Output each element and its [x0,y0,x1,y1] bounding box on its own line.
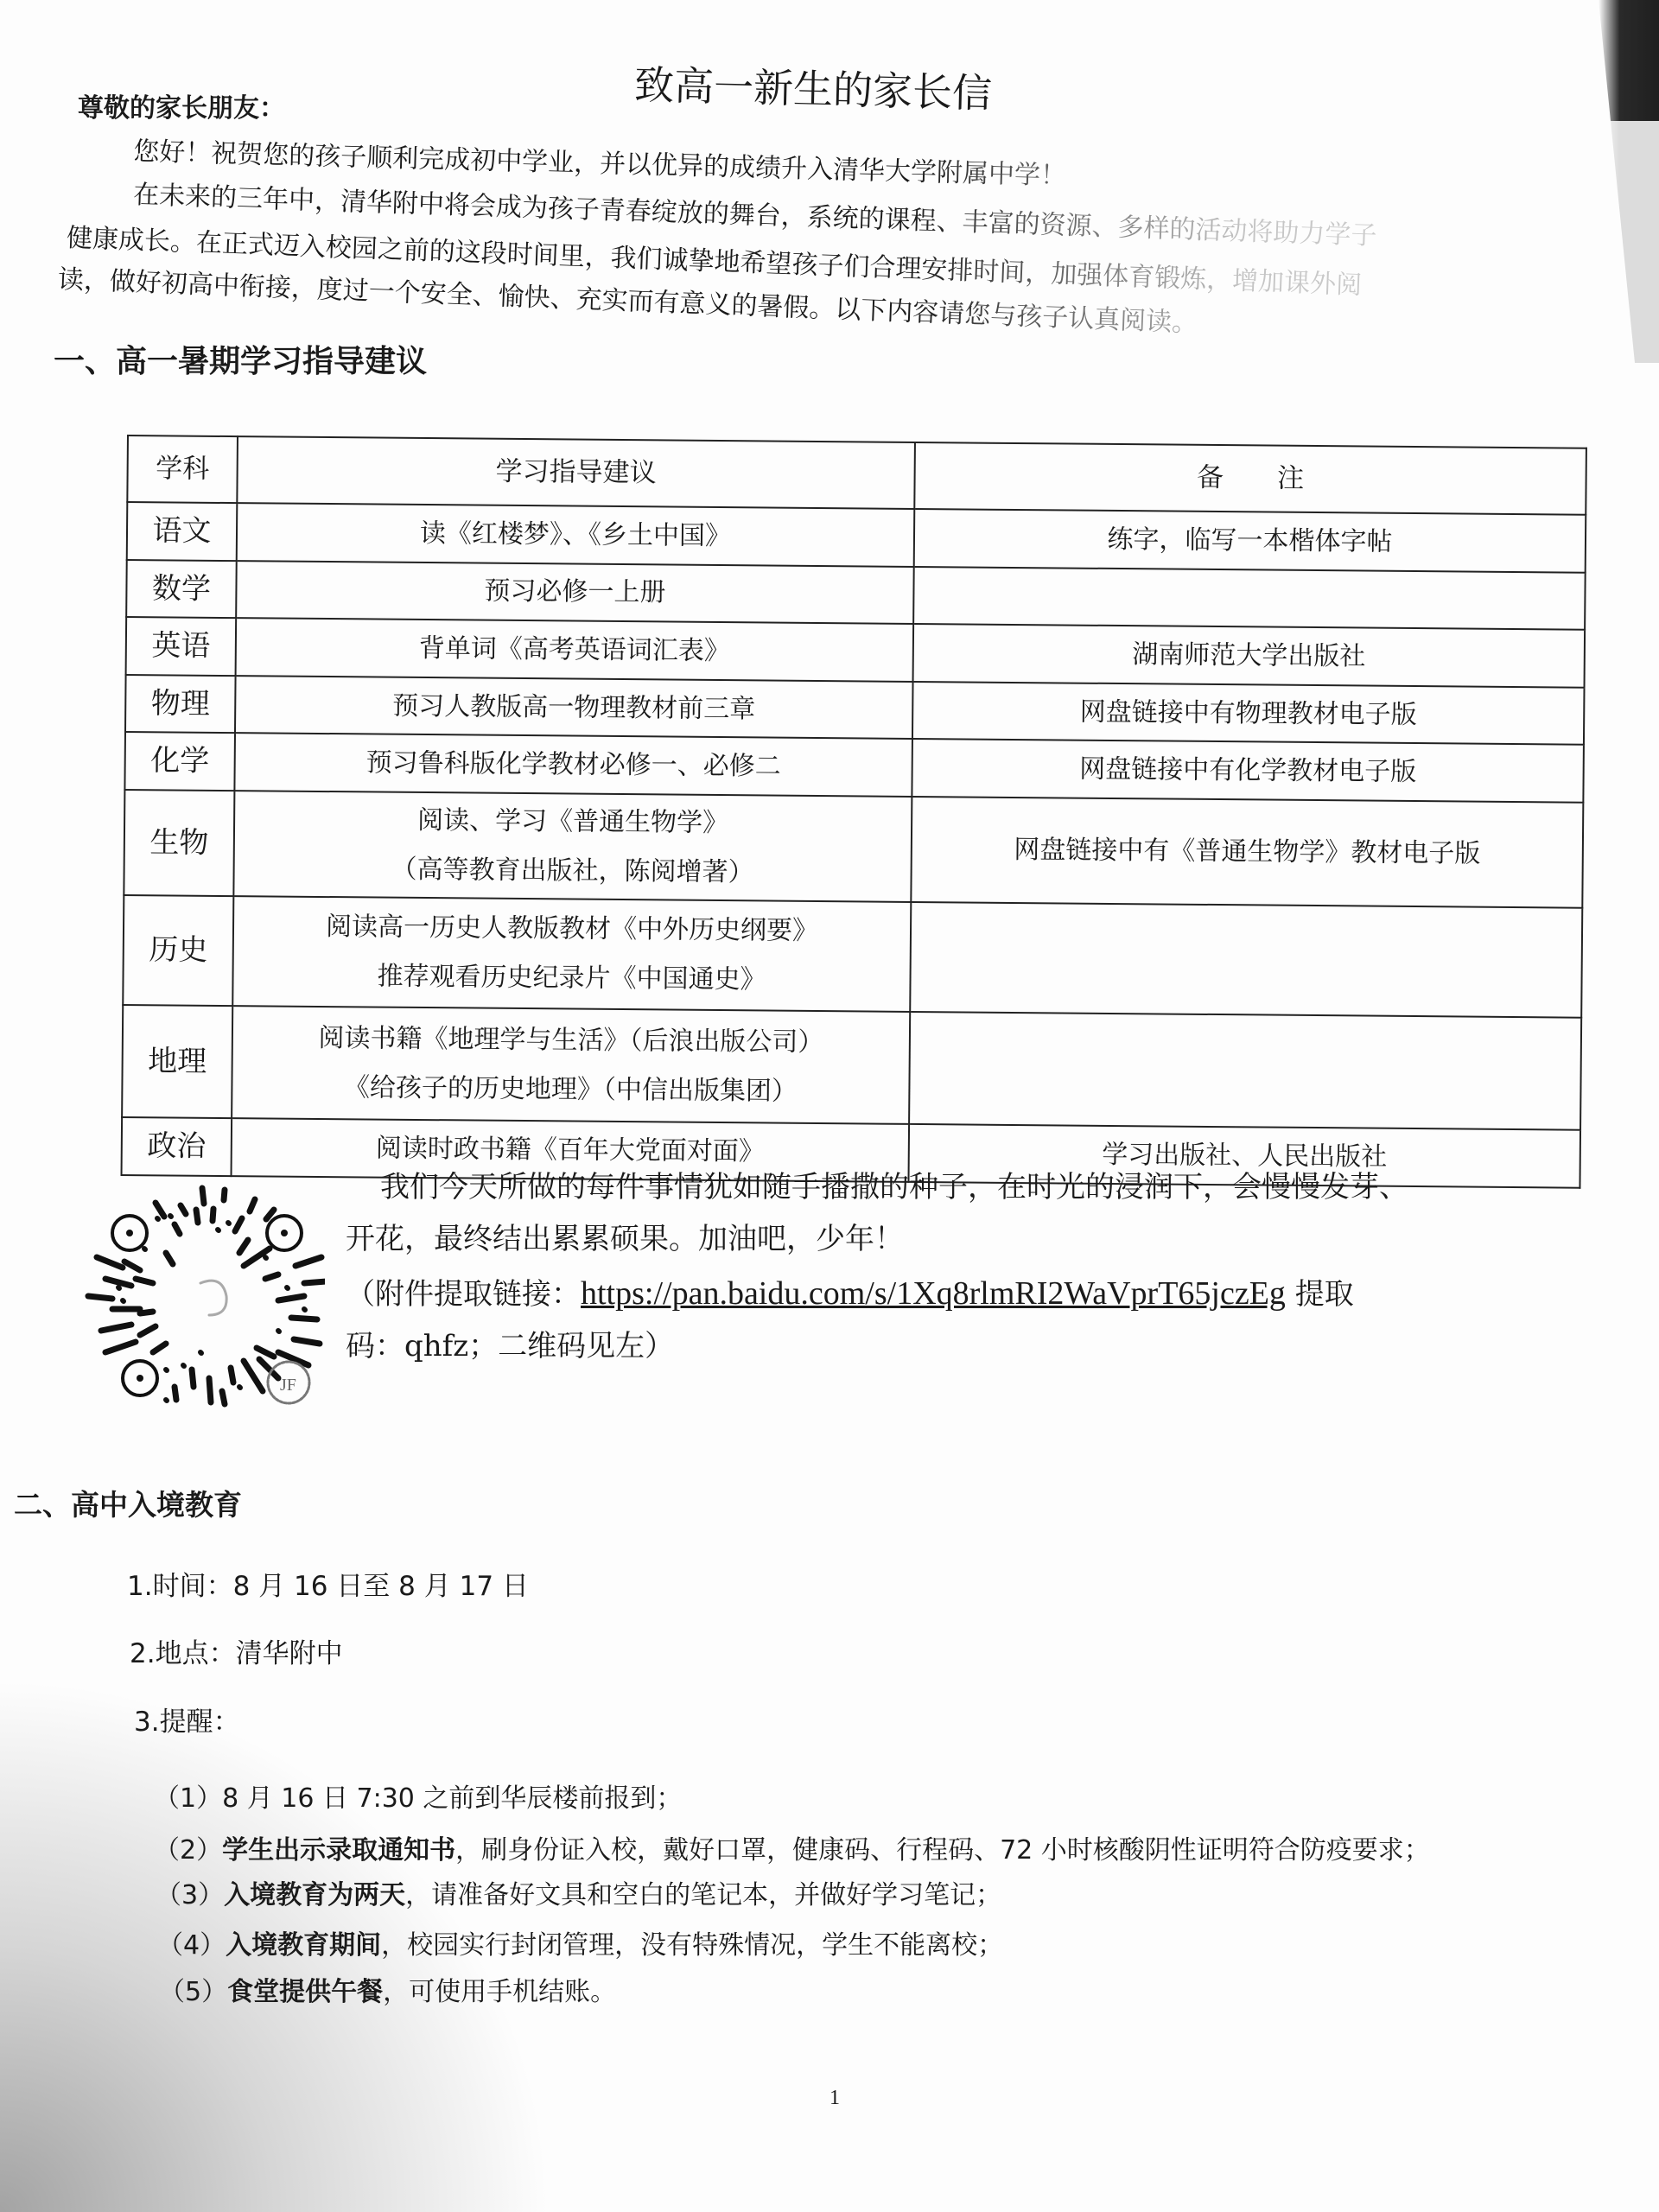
reminder-item: （5）食堂提供午餐，可使用手机结账。 [159,1970,616,2008]
document-title: 致高一新生的家长信 [633,54,992,119]
reminder-text: ，刷身份证入校，戴好口罩，健康码、行程码、72 小时核酸阴性证明符合防疫要求； [455,1835,1430,1866]
orientation-reminders-label: 3.提醒： [134,1700,240,1738]
reminder-num: （4） [157,1930,226,1961]
svg-text:JF: JF [280,1376,296,1395]
note-cell: 网盘链接中有《普通生物学》教材电子版 [911,797,1583,908]
advice-cell: 预习必修一上册 [236,561,914,624]
reminder-bold: 入境教育为两天 [224,1880,405,1910]
salutation: 尊敬的家长朋友： [78,86,285,124]
study-guide-table: 学科 学习指导建议 备 注 语文 读《红楼梦》、《乡土中国》 练字，临写一本楷体… [121,435,1587,1159]
reminder-num: （2） [154,1835,222,1866]
reminder-num: （1） [154,1783,222,1814]
table-row: 地理 阅读书籍《地理学与生活》（后浪出版公司） 《给孩子的历史地理》（中信出版集… [122,1005,1581,1130]
location-label: 2.地点： [130,1638,236,1669]
subject-cell: 物理 [125,675,236,734]
reminder-bold: 食堂提供午餐 [227,1977,383,2007]
reminder-text: ，可使用手机结账。 [383,1977,616,2007]
header-note: 备 注 [914,442,1586,515]
link-prefix: （附件提取链接： [346,1277,581,1312]
reminder-bold: 学生出示录取通知书 [222,1835,455,1866]
note-cell [909,1012,1581,1130]
faded-print-overlay [907,121,1659,380]
advice-line: 阅读书籍《地理学与生活》（后浪出版公司） [238,1013,904,1068]
attachment-link-line: （附件提取链接：https://pan.baidu.com/s/1Xq8rlmR… [346,1270,1354,1313]
advice-cell: 预习鲁科版化学教材必修一、必修二 [234,733,912,796]
reminder-bold: 入境教育期间 [226,1930,381,1961]
subject-cell: 数学 [126,560,237,619]
note-cell: 网盘链接中有化学教材电子版 [912,739,1584,802]
table-header-row: 学科 学习指导建议 备 注 [127,435,1586,515]
advice-line: 阅读高一历史人教版教材《中外历史纲要》 [239,902,905,957]
advice-cell: 阅读、学习《普通生物学》 （高等教育出版社，陈阅增著） [233,791,912,902]
subject-cell: 历史 [123,895,233,1006]
subject-cell: 语文 [127,502,238,561]
location-value: 清华附中 [236,1638,343,1669]
subject-cell: 英语 [126,617,237,676]
reminder-num: （3） [156,1880,224,1910]
advice-cell: 读《红楼梦》、《乡土中国》 [237,503,915,566]
header-advice: 学习指导建议 [237,436,915,509]
reminder-item: （4）入境教育期间，校园实行封闭管理，没有特殊情况，学生不能离校； [157,1923,1003,1961]
subject-cell: 化学 [124,732,235,791]
advice-cell: 阅读书籍《地理学与生活》（后浪出版公司） 《给孩子的历史地理》（中信出版集团） [232,1006,910,1124]
mini-program-code-icon[interactable]: JF [71,1171,325,1411]
advice-cell: 背单词《高考英语词汇表》 [236,618,914,681]
table-row: 生物 阅读、学习《普通生物学》 （高等教育出版社，陈阅增著） 网盘链接中有《普通… [124,790,1583,908]
note-cell: 湖南师范大学出版社 [913,624,1586,687]
reminder-item: （2）学生出示录取通知书，刷身份证入校，戴好口罩，健康码、行程码、72 小时核酸… [154,1828,1430,1866]
baidu-pan-link[interactable]: https://pan.baidu.com/s/1Xq8rlmRI2WaVprT… [581,1275,1286,1312]
reminder-text: 8 月 16 日 7:30 之前到华辰楼前报到； [222,1783,682,1814]
header-subject: 学科 [127,435,238,503]
advice-cell: 预习人教版高一物理教材前三章 [235,676,913,739]
section2-heading: 二、高中入境教育 [14,1483,242,1523]
section1-heading: 一、高一暑期学习指导建议 [54,337,427,381]
note-cell: 网盘链接中有物理教材电子版 [912,682,1585,745]
reminder-item: （1）8 月 16 日 7:30 之前到华辰楼前报到； [154,1777,682,1815]
advice-line: 推荐观看历史纪录片《中国通史》 [238,951,904,1007]
encouragement-line-1: 我们今天所做的每件事情犹如随手播撒的种子，在时光的浸润下，会慢慢发芽、 [380,1163,1408,1205]
reminder-num: （5） [159,1977,227,2007]
time-value: 8 月 16 日至 8 月 17 日 [233,1571,529,1602]
note-cell [913,567,1586,630]
reminder-text: ，校园实行封闭管理，没有特殊情况，学生不能离校； [381,1930,1003,1961]
subject-cell: 生物 [124,790,234,896]
advice-cell: 阅读高一历史人教版教材《中外历史纲要》 推荐观看历史纪录片《中国通史》 [232,896,911,1012]
note-cell: 练字，临写一本楷体字帖 [914,509,1586,572]
table-row: 历史 阅读高一历史人教版教材《中外历史纲要》 推荐观看历史纪录片《中国通史》 [123,895,1582,1018]
reminder-text: ，请准备好文具和空白的笔记本，并做好学习笔记； [405,1880,1001,1910]
encouragement-line-2: 开花，最终结出累累硕果。加油吧，少年！ [346,1215,904,1257]
extraction-code-line: 码：qhfz；二维码见左） [346,1322,674,1364]
note-cell [910,902,1582,1018]
advice-line: （高等教育出版社，陈阅增著） [239,843,905,899]
advice-line: 《给孩子的历史地理》（中信出版集团） [238,1062,903,1117]
time-label: 1.时间： [127,1571,233,1602]
advice-line: 阅读、学习《普通生物学》 [240,794,906,849]
orientation-time: 1.时间：8 月 16 日至 8 月 17 日 [127,1564,529,1603]
reminder-item: （3）入境教育为两天，请准备好文具和空白的笔记本，并做好学习笔记； [156,1873,1001,1911]
subject-cell: 地理 [122,1005,232,1118]
orientation-location: 2.地点：清华附中 [130,1631,343,1670]
link-suffix: 提取 [1286,1277,1354,1312]
subject-cell: 政治 [122,1117,232,1176]
page-number: 1 [829,2087,840,2110]
